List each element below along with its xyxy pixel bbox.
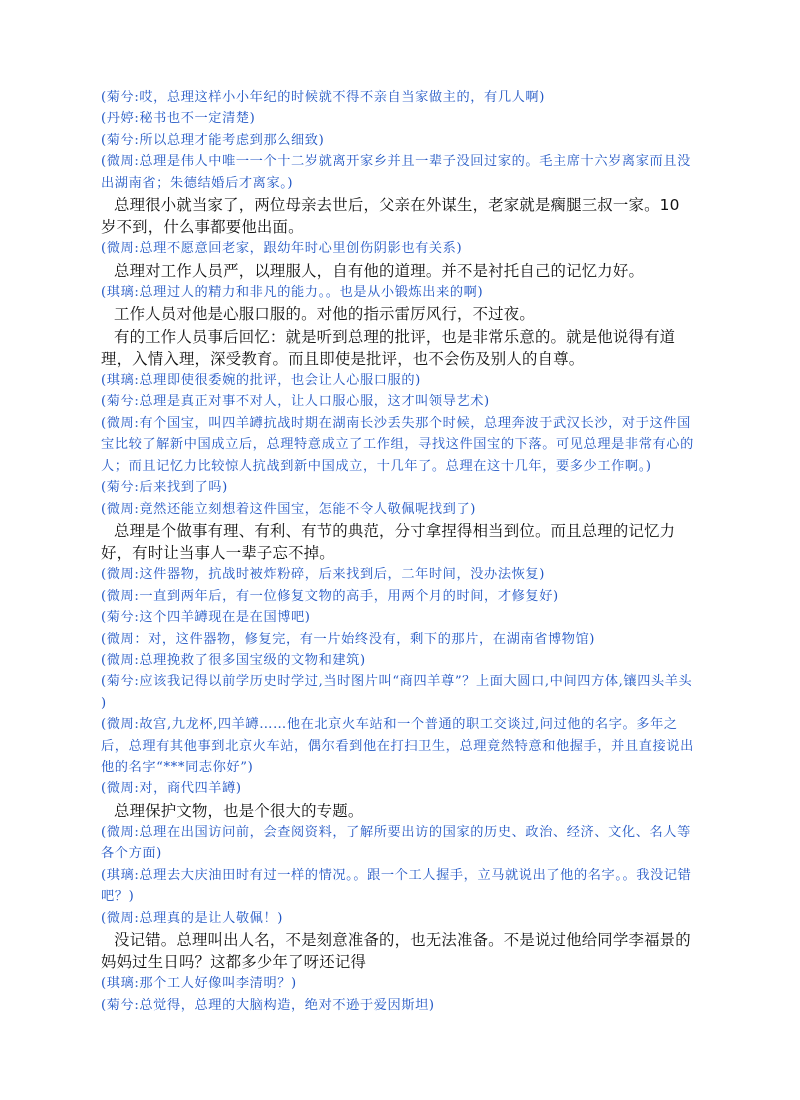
body-paragraph: 总理对工作人员严，以理服人，自有他的道理。并不是衬托自己的记忆力好。 <box>101 260 698 282</box>
body-paragraph: 总理是个做事有理、有利、有节的典范，分寸拿捏得相当到位。而且总理的记忆力好，有时… <box>101 520 698 564</box>
comment-line: (微周:总理不愿意回老家，跟幼年时心里创伤阴影也有关系) <box>101 238 698 259</box>
body-paragraph: 有的工作人员事后回忆：就是听到总理的批评，也是非常乐意的。就是他说得有道理，入情… <box>101 326 698 370</box>
comment-line: (微周:故宫,九龙杯,四羊罇……他在北京火车站和一个普通的职工交谈过,问过他的名… <box>101 714 698 778</box>
comment-line: (菊兮:所以总理才能考虑到那么细致) <box>101 130 698 151</box>
comment-line: (琪璃:总理去大庆油田时有过一样的情况。。跟一个工人握手，立马就说出了他的名字。… <box>101 865 698 908</box>
document-page: (菊兮:哎，总理这样小小年纪的时候就不得不亲自当家做主的，有几人啊) (丹婷:秘… <box>101 87 698 1016</box>
body-paragraph: 工作人员对他是心服口服的。对他的指示雷厉风行，不过夜。 <box>101 303 698 325</box>
comment-line: (菊兮:哎，总理这样小小年纪的时候就不得不亲自当家做主的，有几人啊) <box>101 87 698 108</box>
comment-line: (丹婷:秘书也不一定清楚) <box>101 108 698 129</box>
comment-line: (微周:总理在出国访问前，会查阅资料，了解所要出访的国家的历史、政治、经济、文化… <box>101 822 698 865</box>
comment-line: (微周:有个国宝，叫四羊罇抗战时期在湖南长沙丢失那个时候，总理奔波于武汉长沙，对… <box>101 413 698 477</box>
comment-line: (微周:这件器物，抗战时被炸粉碎，后来找到后，二年时间，没办法恢复) <box>101 564 698 585</box>
body-paragraph: 总理保护文物，也是个很大的专题。 <box>101 800 698 822</box>
comment-line: (菊兮:应该我记得以前学历史时学过,当时图片叫“商四羊尊”？上面大圆口,中间四方… <box>101 671 698 714</box>
comment-line: (微周:对，商代四羊罇) <box>101 778 698 799</box>
comment-line: (微周:总理真的是让人敬佩！) <box>101 908 698 929</box>
comment-line: (菊兮:后来找到了吗) <box>101 477 698 498</box>
comment-line: (微周：对，这件器物，修复完，有一片始终没有，剩下的那片，在湖南省博物馆) <box>101 629 698 650</box>
comment-line: (微周:一直到两年后，有一位修复文物的高手，用两个月的时间，才修复好) <box>101 586 698 607</box>
body-paragraph: 没记错。总理叫出人名，不是刻意准备的，也无法准备。不是说过他给同学李福景的妈妈过… <box>101 929 698 973</box>
comment-line: (微周:竟然还能立刻想着这件国宝，怎能不令人敬佩呢找到了) <box>101 499 698 520</box>
comment-line: (菊兮:总觉得，总理的大脑构造，绝对不逊于爱因斯坦) <box>101 995 698 1016</box>
comment-line: (琪璃:那个工人好像叫李清明？) <box>101 973 698 994</box>
comment-line: (菊兮:总理是真正对事不对人，让人口服心服，这才叫领导艺术) <box>101 391 698 412</box>
comment-line: (菊兮:这个四羊罇现在是在国博吧) <box>101 607 698 628</box>
comment-line: (琪璃:总理过人的精力和非凡的能力。。也是从小锻炼出来的啊) <box>101 282 698 303</box>
comment-line: (微周:总理挽救了很多国宝级的文物和建筑) <box>101 650 698 671</box>
comment-line: (琪璃:总理即使很委婉的批评，也会让人心服口服的) <box>101 370 698 391</box>
body-paragraph: 总理很小就当家了，两位母亲去世后，父亲在外谋生，老家就是瘸腿三叔一家。10 岁不… <box>101 194 698 238</box>
comment-line: (微周:总理是伟人中唯一一个十二岁就离开家乡并且一辈子没回过家的。毛主席十六岁离… <box>101 151 698 194</box>
